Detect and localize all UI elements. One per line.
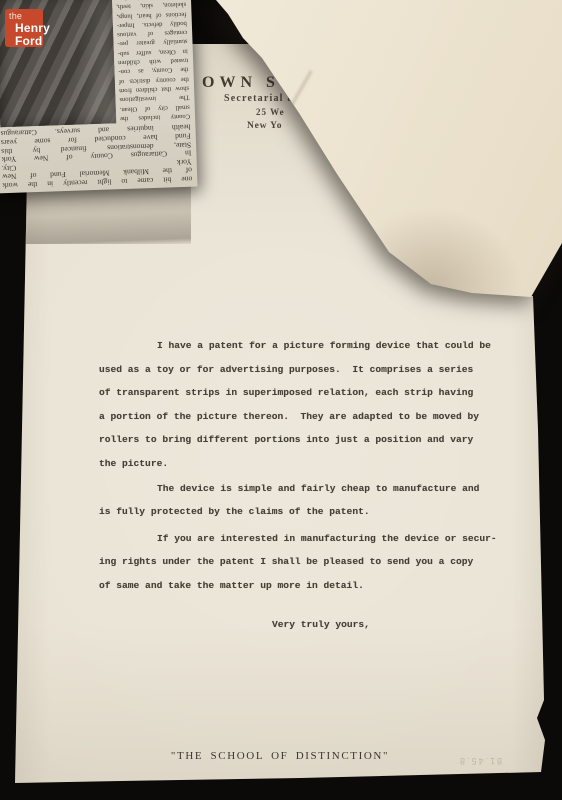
- photographed-letter-scene: OWN SC Secretarial a 25 We New Yo I have…: [0, 0, 562, 800]
- logo-the-text: the: [9, 12, 43, 21]
- henry-ford-logo: the Henry Ford: [5, 9, 43, 47]
- clipping-wide-column: one bit came to light recently in the wo…: [0, 123, 192, 190]
- logo-ford-text: Ford: [15, 35, 43, 47]
- logo-henry-text: Henry: [15, 22, 43, 34]
- clipping-narrow-column: County includes thesmall city of Olean.T…: [116, 0, 191, 123]
- clipping-shadow-wrap: one bit came to light recently in the wo…: [0, 0, 562, 800]
